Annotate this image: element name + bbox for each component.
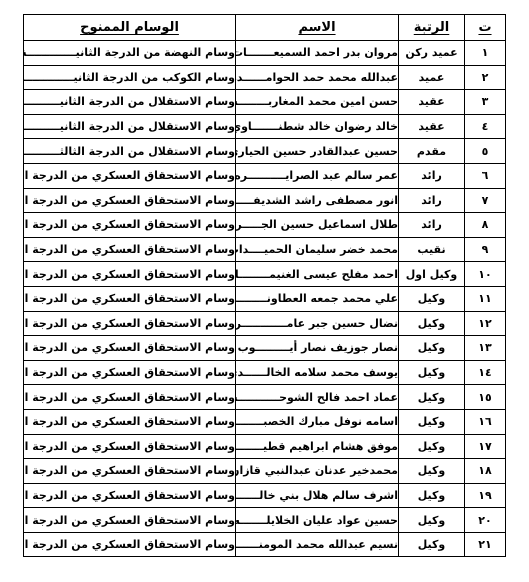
table-row: ١٧ وكيل موفق هشام ابراهيم قطيــــــــش و… [24, 434, 506, 459]
header-rank-label: الرتبة [414, 20, 450, 35]
cell-name: حسين عواد عليان الخلايلـــــــه [236, 508, 399, 533]
header-row: ت الرتبة الاسم الوسام الممنوح [24, 15, 506, 41]
cell-medal: وسام الكوكب من الدرجة الثانيــــــــــــ… [24, 65, 236, 90]
table-row: ٨ رائد طلال اسماعيل حسين الجـــــراح وسا… [24, 213, 506, 238]
table-row: ٢٠ وكيل حسين عواد عليان الخلايلـــــــه … [24, 508, 506, 533]
cell-rank: وكيل [399, 483, 465, 508]
cell-rank: عميد [399, 65, 465, 90]
cell-rank: وكيل [399, 409, 465, 434]
cell-serial-number: ٧ [465, 188, 506, 213]
cell-medal: وسام الاستحقاق العسكري من الدرجة الرابعـ… [24, 237, 236, 262]
cell-serial-number: ١٣ [465, 336, 506, 361]
cell-name: حسين عبدالقادر حسين الحياري [236, 139, 399, 164]
cell-medal: وسام الاستحقاق العسكري من الدرجة الثالثـ… [24, 188, 236, 213]
table-row: ٧ رائد انور مصطفى راشد الشديفـــــات وسا… [24, 188, 506, 213]
cell-name: اشرف سالم هلال بني خالــــــــد [236, 483, 399, 508]
table-row: ١١ وكيل علي محمد جمعه العطاونــــــــه و… [24, 286, 506, 311]
cell-medal: وسام الاستقلال من الدرجة الثالثـــــــــ… [24, 139, 236, 164]
cell-name: عمر سالم عبد الصرايــــــــــره [236, 163, 399, 188]
cell-rank: وكيل [399, 336, 465, 361]
cell-medal: وسام الاستحقاق العسكري من الدرجة الخامسة [24, 508, 236, 533]
table-row: ٥ مقدم حسين عبدالقادر حسين الحياري وسام … [24, 139, 506, 164]
medals-table: ت الرتبة الاسم الوسام الممنوح ١ عميد ركن… [23, 14, 506, 557]
cell-serial-number: ٥ [465, 139, 506, 164]
cell-serial-number: ٩ [465, 237, 506, 262]
table-row: ١٠ وكيل اول احمد مفلح عيسى الغنيمـــــــ… [24, 262, 506, 287]
cell-serial-number: ٦ [465, 163, 506, 188]
cell-name: انور مصطفى راشد الشديفـــــات [236, 188, 399, 213]
table-row: ١٥ وكيل عماد احمد فالح الشوحـــــــــــه… [24, 385, 506, 410]
cell-medal: وسام الاستحقاق العسكري من الدرجة الخامسة [24, 286, 236, 311]
cell-rank: وكيل [399, 360, 465, 385]
cell-medal: وسام الاستحقاق العسكري من الدرجة الثالثـ… [24, 213, 236, 238]
cell-name: حسن امين محمد المغاربــــــــه [236, 90, 399, 115]
cell-rank: وكيل [399, 311, 465, 336]
cell-serial-number: ١٠ [465, 262, 506, 287]
cell-name: نصار جوزيف نصار أيـــــــــوب [236, 336, 399, 361]
header-name: الاسم [236, 15, 399, 41]
cell-name: موفق هشام ابراهيم قطيــــــــش [236, 434, 399, 459]
cell-rank: رائد [399, 213, 465, 238]
cell-medal: وسام الاستحقاق العسكري من الدرجة الثالثـ… [24, 163, 236, 188]
cell-medal: وسام الاستحقاق العسكري من الدرجة الخامسة [24, 459, 236, 484]
cell-rank: عميد ركن [399, 41, 465, 66]
cell-serial-number: ١١ [465, 286, 506, 311]
cell-rank: عقيد [399, 114, 465, 139]
cell-name: نضال حسين جبر عامــــــــــــر [236, 311, 399, 336]
cell-medal: وسام النهضة من الدرجة الثانيــــــــــــ… [24, 41, 236, 66]
cell-medal: وسام الاستحقاق العسكري من الدرجة الخامسة [24, 409, 236, 434]
cell-serial-number: ٤ [465, 114, 506, 139]
cell-name: علي محمد جمعه العطاونــــــــه [236, 286, 399, 311]
cell-name: طلال اسماعيل حسين الجـــــراح [236, 213, 399, 238]
cell-rank: عقيد [399, 90, 465, 115]
cell-medal: وسام الاستحقاق العسكري من الدرجة الخامسة [24, 311, 236, 336]
cell-rank: وكيل [399, 532, 465, 557]
cell-rank: مقدم [399, 139, 465, 164]
header-medal: الوسام الممنوح [24, 15, 236, 41]
cell-serial-number: ١٧ [465, 434, 506, 459]
cell-name: عماد احمد فالح الشوحـــــــــــه [236, 385, 399, 410]
cell-serial-number: ١ [465, 41, 506, 66]
table-row: ١٢ وكيل نضال حسين جبر عامــــــــــــر و… [24, 311, 506, 336]
cell-medal: وسام الاستقلال من الدرجة الثانيـــــــــ… [24, 114, 236, 139]
cell-serial-number: ١٥ [465, 385, 506, 410]
cell-medal: وسام الاستحقاق العسكري من الدرجة الخامسة [24, 532, 236, 557]
cell-rank: وكيل [399, 459, 465, 484]
cell-medal: وسام الاستحقاق العسكري من الدرجة الخامسة [24, 360, 236, 385]
cell-rank: وكيل [399, 286, 465, 311]
cell-name: مروان بدر احمد السميعـــــــات [236, 41, 399, 66]
table-row: ٢١ وكيل نسيم عبدالله محمد المومنــــــي … [24, 532, 506, 557]
table-row: ١٤ وكيل يوسف محمد سلامه الخالــــــدي وس… [24, 360, 506, 385]
cell-medal: وسام الاستحقاق العسكري من الدرجة الخامسة [24, 434, 236, 459]
cell-name: عبدالله محمد حمد الحوامــــــده [236, 65, 399, 90]
cell-name: محمدخير عدنان عبدالنبي قازان [236, 459, 399, 484]
table-row: ١ عميد ركن مروان بدر احمد السميعـــــــا… [24, 41, 506, 66]
cell-rank: وكيل [399, 434, 465, 459]
cell-medal: وسام الاستحقاق العسكري من الدرجة الخامسة [24, 336, 236, 361]
cell-rank: وكيل [399, 508, 465, 533]
cell-serial-number: ٢ [465, 65, 506, 90]
cell-serial-number: ٨ [465, 213, 506, 238]
cell-name: خالد رضوان خالد شطنـــــــاوي [236, 114, 399, 139]
header-num-label: ت [478, 20, 491, 35]
header-name-label: الاسم [298, 20, 335, 35]
table-row: ١٦ وكيل اسامه نوفل مبارك الخصبـــــــــه… [24, 409, 506, 434]
cell-rank: وكيل [399, 385, 465, 410]
cell-name: يوسف محمد سلامه الخالــــــدي [236, 360, 399, 385]
cell-serial-number: ٣ [465, 90, 506, 115]
cell-name: محمد خضر سليمان الحميــــدات [236, 237, 399, 262]
cell-medal: وسام الاستحقاق العسكري من الدرجة الخامسة [24, 262, 236, 287]
table-row: ١٣ وكيل نصار جوزيف نصار أيـــــــــوب وس… [24, 336, 506, 361]
cell-rank: رائد [399, 163, 465, 188]
cell-rank: رائد [399, 188, 465, 213]
cell-name: نسيم عبدالله محمد المومنــــــي [236, 532, 399, 557]
cell-rank: وكيل اول [399, 262, 465, 287]
cell-name: احمد مفلح عيسى الغنيمــــــــات [236, 262, 399, 287]
table-row: ٢ عميد عبدالله محمد حمد الحوامــــــده و… [24, 65, 506, 90]
cell-rank: نقيب [399, 237, 465, 262]
cell-serial-number: ١٩ [465, 483, 506, 508]
cell-medal: وسام الاستقلال من الدرجة الثانيـــــــــ… [24, 90, 236, 115]
header-rank: الرتبة [399, 15, 465, 41]
cell-serial-number: ١٢ [465, 311, 506, 336]
document-page: ت الرتبة الاسم الوسام الممنوح ١ عميد ركن… [0, 0, 529, 582]
table-row: ١٨ وكيل محمدخير عدنان عبدالنبي قازان وسا… [24, 459, 506, 484]
cell-name: اسامه نوفل مبارك الخصبـــــــــه [236, 409, 399, 434]
table-row: ٩ نقيب محمد خضر سليمان الحميــــدات وسام… [24, 237, 506, 262]
header-medal-label: الوسام الممنوح [80, 20, 179, 35]
header-num: ت [465, 15, 506, 41]
table-row: ١٩ وكيل اشرف سالم هلال بني خالــــــــد … [24, 483, 506, 508]
cell-serial-number: ٢٠ [465, 508, 506, 533]
table-row: ٣ عقيد حسن امين محمد المغاربــــــــه وس… [24, 90, 506, 115]
cell-medal: وسام الاستحقاق العسكري من الدرجة الخامسة [24, 385, 236, 410]
cell-serial-number: ١٤ [465, 360, 506, 385]
table-row: ٤ عقيد خالد رضوان خالد شطنـــــــاوي وسا… [24, 114, 506, 139]
cell-serial-number: ٢١ [465, 532, 506, 557]
cell-medal: وسام الاستحقاق العسكري من الدرجة الخامسة [24, 483, 236, 508]
cell-serial-number: ١٦ [465, 409, 506, 434]
cell-serial-number: ١٨ [465, 459, 506, 484]
table-row: ٦ رائد عمر سالم عبد الصرايــــــــــره و… [24, 163, 506, 188]
